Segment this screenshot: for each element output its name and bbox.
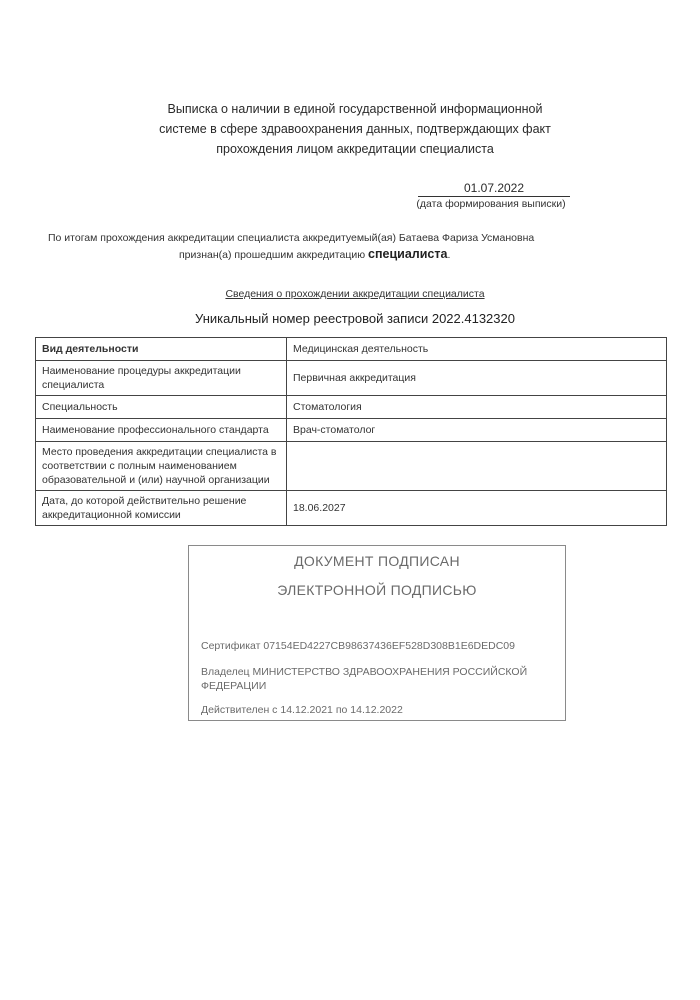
table-row: Место проведения аккредитации специалист… <box>36 442 667 491</box>
signature-certificate: Сертификат 07154ED4227CB98637436EF528D30… <box>201 639 557 653</box>
row-label: Место проведения аккредитации специалист… <box>36 442 287 491</box>
table-row: Специальность Стоматология <box>36 396 667 419</box>
section-heading: Сведения о прохождении аккредитации спец… <box>180 288 530 300</box>
signature-owner: Владелец МИНИСТЕРСТВО ЗДРАВООХРАНЕНИЯ РО… <box>201 665 557 693</box>
row-value: Первичная аккредитация <box>287 361 667 396</box>
signature-heading-2: ЭЛЕКТРОННОЙ ПОДПИСЬЮ <box>189 582 565 598</box>
row-label: Вид деятельности <box>36 338 287 361</box>
intro-line-2: признан(а) прошедшим аккредитацию специа… <box>179 247 450 263</box>
intro-line-1: По итогам прохождения аккредитации специ… <box>48 231 534 246</box>
row-value: Врач-стоматолог <box>287 419 667 442</box>
row-label: Дата, до которой действительно решение а… <box>36 491 287 526</box>
table-row: Наименование профессионального стандарта… <box>36 419 667 442</box>
title-line: прохождения лицом аккредитации специалис… <box>140 139 570 159</box>
issue-date: 01.07.2022 <box>418 181 570 197</box>
row-value <box>287 442 667 491</box>
row-label: Наименование профессионального стандарта <box>36 419 287 442</box>
title-line: системе в сфере здравоохранения данных, … <box>140 119 570 139</box>
title-line: Выписка о наличии в единой государственн… <box>140 99 570 119</box>
table-row: Дата, до которой действительно решение а… <box>36 491 667 526</box>
issue-date-caption: (дата формирования выписки) <box>412 197 570 211</box>
intro-emphasis: специалиста <box>368 247 447 261</box>
signature-heading-1: ДОКУМЕНТ ПОДПИСАН <box>189 553 565 569</box>
row-value: 18.06.2027 <box>287 491 667 526</box>
accreditation-table: Вид деятельности Медицинская деятельност… <box>35 337 667 526</box>
intro-line-2-prefix: признан(а) прошедшим аккредитацию <box>179 249 368 261</box>
intro-line-2-suffix: . <box>447 249 450 261</box>
document-title: Выписка о наличии в единой государственн… <box>140 99 570 159</box>
row-value: Медицинская деятельность <box>287 338 667 361</box>
issue-date-block: 01.07.2022 (дата формирования выписки) <box>412 181 570 211</box>
signature-validity: Действителен с 14.12.2021 по 14.12.2022 <box>201 703 557 717</box>
registry-number: Уникальный номер реестровой записи 2022.… <box>180 311 530 326</box>
table-row: Вид деятельности Медицинская деятельност… <box>36 338 667 361</box>
row-label: Наименование процедуры аккредитации спец… <box>36 361 287 396</box>
row-value: Стоматология <box>287 396 667 419</box>
row-label: Специальность <box>36 396 287 419</box>
electronic-signature-stamp: ДОКУМЕНТ ПОДПИСАН ЭЛЕКТРОННОЙ ПОДПИСЬЮ С… <box>188 545 566 721</box>
table-row: Наименование процедуры аккредитации спец… <box>36 361 667 396</box>
